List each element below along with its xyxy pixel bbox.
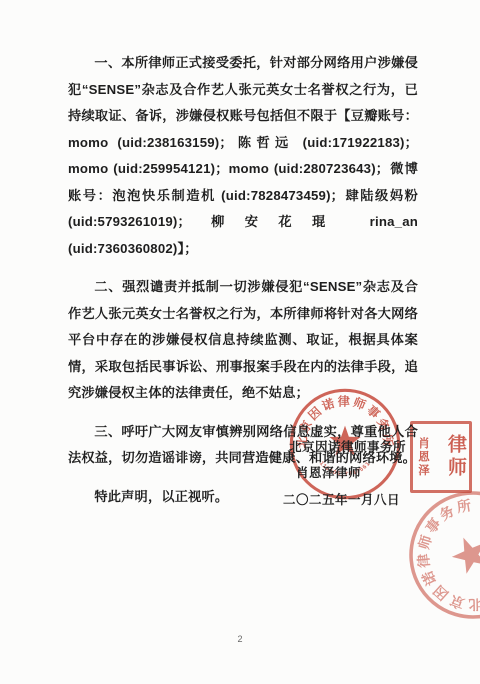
legal-statement-page: 一、本所律师正式接受委托，针对部分网络用户涉嫌侵犯“SENSE”杂志及合作艺人张…	[0, 0, 480, 684]
paragraph-2: 二、强烈谴责并抵制一切涉嫌侵犯“SENSE”杂志及合作艺人张元英女士名誉权之行为…	[68, 274, 418, 407]
signature-lawyer-name: 肖恩泽律师	[296, 463, 361, 481]
signature-firm-name: 北京因诺律师事务所	[289, 437, 406, 455]
lawyer-seal-title: 律师	[444, 434, 466, 480]
paragraph-1: 一、本所律师正式接受委托，针对部分网络用户涉嫌侵犯“SENSE”杂志及合作艺人张…	[68, 50, 418, 262]
lawyer-seal-name: 肖恩泽	[416, 437, 430, 478]
page-number: 2	[0, 634, 480, 644]
signature-date: 二〇二五年一月八日	[283, 490, 400, 508]
seal-star-icon	[450, 536, 480, 575]
lawyer-square-seal-icon: 肖恩泽 律师	[410, 421, 472, 493]
